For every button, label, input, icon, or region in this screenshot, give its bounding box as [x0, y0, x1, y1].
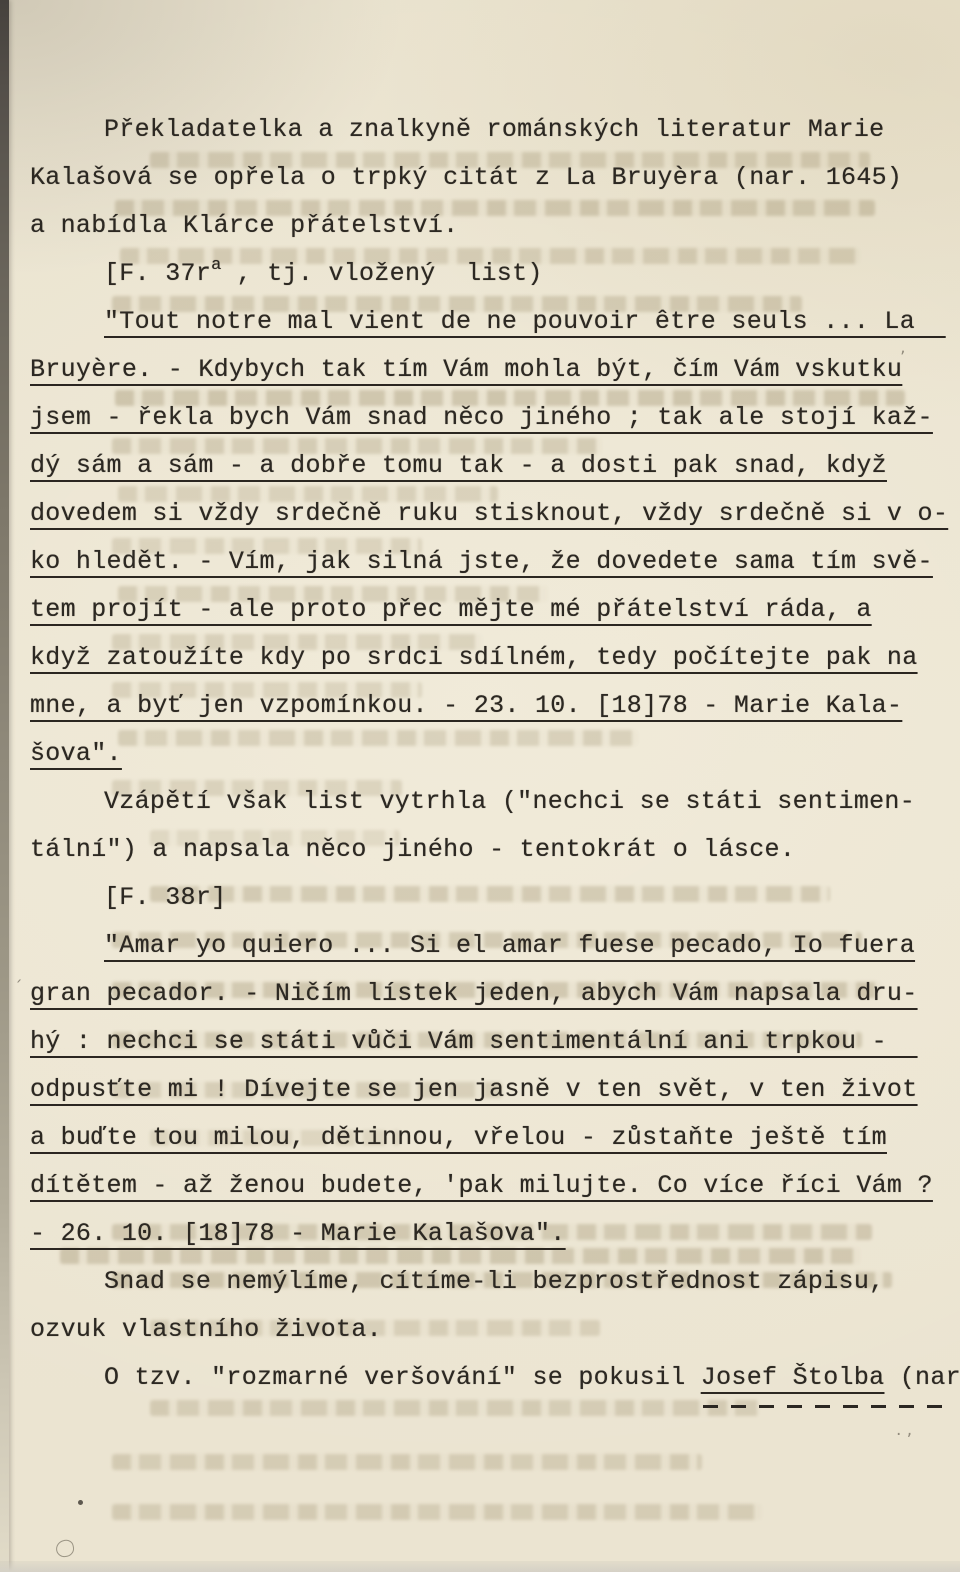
scanned-document-page: Překladatelka a znalkyně románských lite… [0, 0, 960, 1572]
text-line: Bruyère. - Kdybych tak tím Vám mohla být… [30, 346, 950, 394]
text-line: "Amar yo quiero ... Si el amar fuese pec… [30, 922, 950, 970]
text-line: dovedem si vždy srdečně ruku stisknout, … [30, 490, 950, 538]
text-line: odpusťte mi ! Dívejte se jen jasně v ten… [30, 1066, 950, 1114]
text-line: - 26. 10. [18]78 - Marie Kalašova". [30, 1210, 950, 1258]
typewritten-text-block: Překladatelka a znalkyně románských lite… [30, 106, 950, 1402]
dash-underlined-name: Josef Štolba [701, 1363, 885, 1392]
text-line: šova". [30, 730, 950, 778]
text-line: dítětem - až ženou budete, 'pak milujte.… [30, 1162, 950, 1210]
pencil-mark: ˊ [14, 978, 23, 998]
text-line: dý sám a sám - a dobře tomu tak - a dost… [30, 442, 950, 490]
text-line: mne, a byť jen vzpomínkou. - 23. 10. [18… [30, 682, 950, 730]
text-line: ozvuk vlastního života. [30, 1306, 950, 1354]
bleedthrough-line [150, 1400, 760, 1416]
pencil-mark [78, 1500, 83, 1505]
bleedthrough-line [112, 1454, 702, 1470]
text-line: a nabídla Klárce přátelství. [30, 202, 950, 250]
pencil-mark: ʼ [900, 348, 905, 368]
text-line: jsem - řekla bych Vám snad něco jiného ;… [30, 394, 950, 442]
text-line: gran pecador. - Ničím lístek jeden, abyc… [30, 970, 950, 1018]
pencil-mark: . , [896, 1420, 912, 1440]
text-line: "Tout notre mal vient de ne pouvoir être… [30, 298, 950, 346]
text-line: když zatoužíte kdy po srdci sdílném, ted… [30, 634, 950, 682]
text-line: ko hledět. - Vím, jak silná jste, že dov… [30, 538, 950, 586]
text-line: tální") a napsala něco jiného - tentokrá… [30, 826, 950, 874]
text-line: Překladatelka a znalkyně románských lite… [30, 106, 950, 154]
scan-bottom-edge [0, 1561, 960, 1572]
text-line: Snad se nemýlíme, cítíme-li bezprostředn… [30, 1258, 950, 1306]
pencil-mark [54, 1538, 75, 1558]
text-line: a buďte tou milou, dětinnou, vřelou - zů… [30, 1114, 950, 1162]
bleedthrough-line [112, 1504, 762, 1520]
text-line: Vzápětí však list vytrhla ("nechci se st… [30, 778, 950, 826]
text-line: [F. 37ra , tj. vložený list) [30, 250, 950, 298]
text-line: Kalašová se opřela o trpký citát z La Br… [30, 154, 950, 202]
text-line: hý : nechci se státi vůči Vám sentimentá… [30, 1018, 950, 1066]
scan-gutter-edge [0, 0, 9, 1572]
text-line: O tzv. "rozmarné veršování" se pokusil J… [30, 1354, 950, 1402]
text-line: [F. 38r] [30, 874, 950, 922]
text-line: tem projít - ale proto přec mějte mé přá… [30, 586, 950, 634]
